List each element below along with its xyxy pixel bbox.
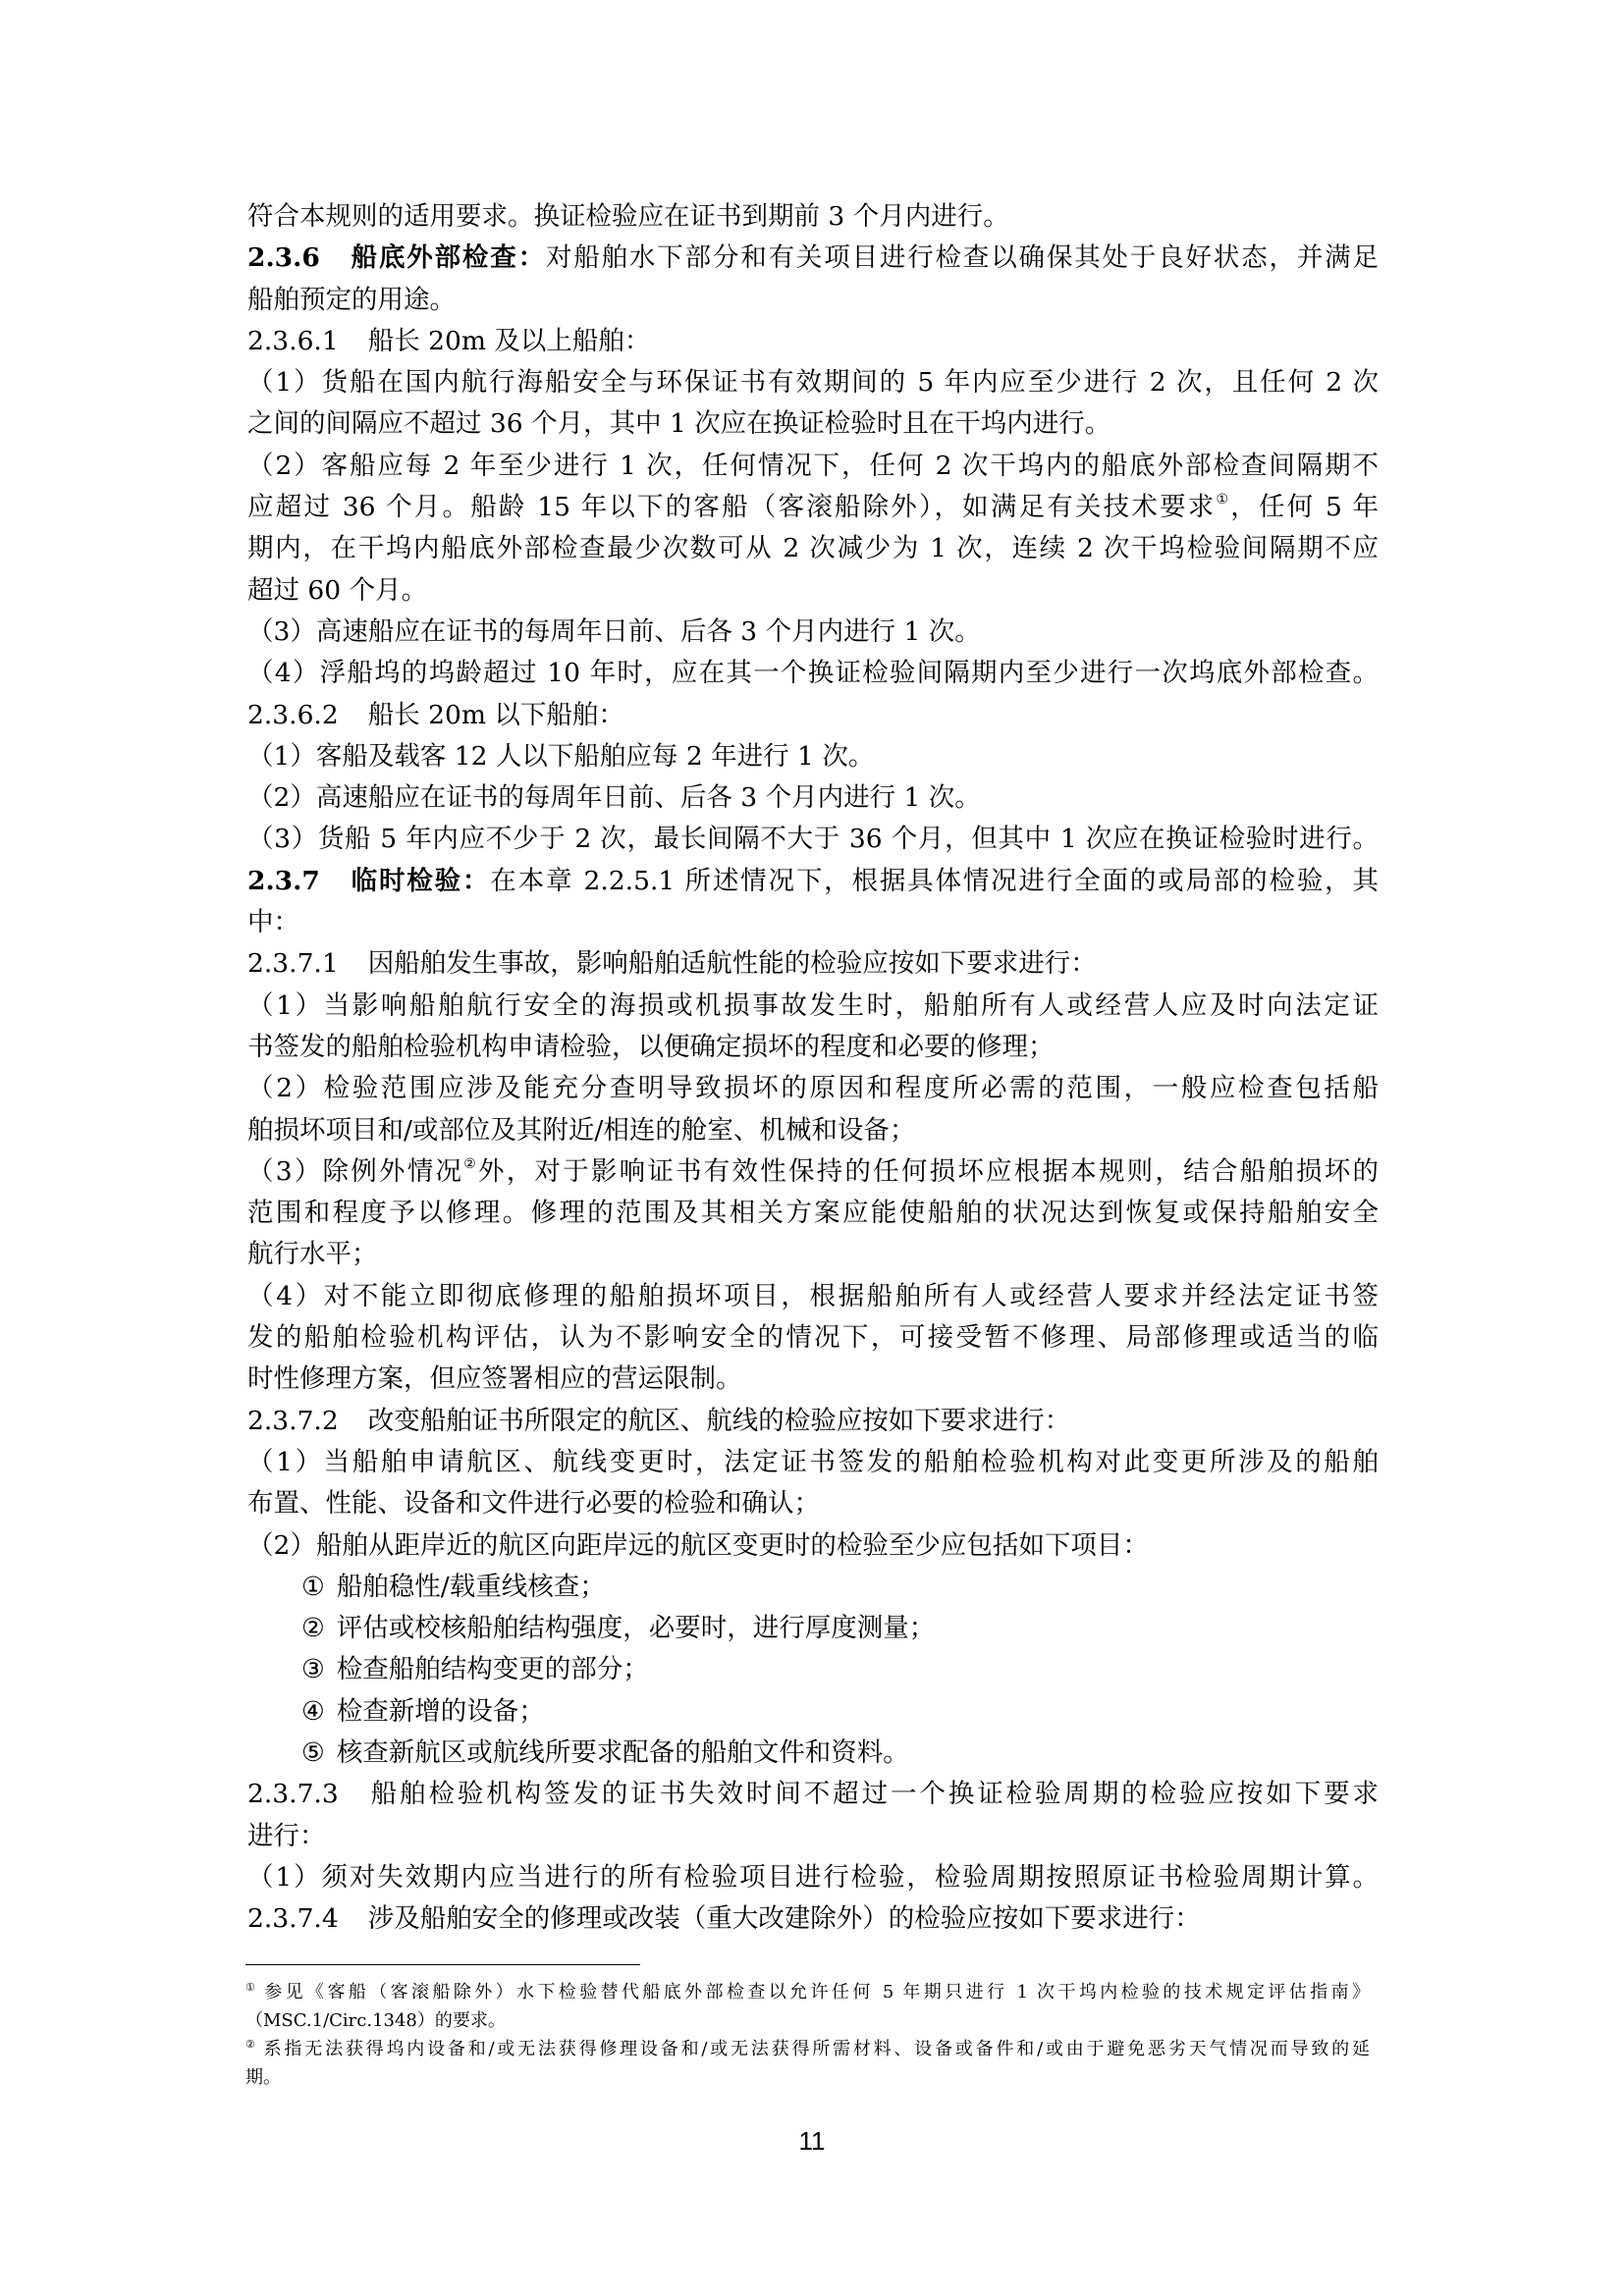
- line-text: （3）货船 5 年内应不少于 2 次，最长间隔不大于 36 个月，但其中 1 次…: [247, 824, 1379, 854]
- section-number: 2.3.7.2: [247, 1401, 339, 1442]
- line-text: （1）货船在国内航行海船安全与环保证书有效期间的 5 年内应至少进行 2 次，且…: [247, 367, 1379, 398]
- footnotes: ①参见《客船（客滚船除外）水下检验替代船底外部检查以允许任何 5 年期只进行 1…: [245, 1978, 1370, 2092]
- text-line: 航行水平；: [247, 1234, 1379, 1275]
- line-text: （2）客船应每 2 年至少进行 1 次，任何情况下，任何 2 次干坞内的船底外部…: [247, 451, 1379, 481]
- section-number: 2.3.7.3: [247, 1774, 339, 1815]
- line-text: （1）客船及载客 12 人以下船舶应每 2 年进行 1 次。: [247, 741, 874, 772]
- line-text: 外，对于影响证书有效性保持的任何损坏应根据本规则，结合船舶损坏的: [478, 1156, 1379, 1187]
- line-text: 船舶检验机构签发的证书失效时间不超过一个换证检验周期的检验应按如下要求: [368, 1779, 1379, 1809]
- section-line: 2.3.7.4涉及船舶安全的修理或改装（重大改建除外）的检验应按如下要求进行：: [247, 1898, 1379, 1940]
- text-line: 时性修理方案，但应签署相应的营运限制。: [247, 1359, 1379, 1400]
- footnote-ref[interactable]: ①: [1217, 492, 1231, 507]
- line-text: 超过 60 个月。: [247, 575, 427, 606]
- footnote-mark: ②: [245, 2038, 258, 2051]
- line-text: 期内，在干坞内船底外部检查最少次数可从 2 次减少为 1 次，连续 2 次干坞检…: [247, 533, 1379, 563]
- section-title: 临时检验：: [350, 866, 491, 896]
- section-title: 船底外部检查：: [350, 242, 546, 273]
- line-text: （1）须对失效期内应当进行的所有检验项目进行检验，检验周期按照原证书检验周期计算…: [247, 1862, 1379, 1893]
- line-text: 布置、性能、设备和文件进行必要的检验和确认；: [247, 1488, 820, 1519]
- line-text: 时性修理方案，但应签署相应的营运限制。: [247, 1363, 742, 1394]
- line-text: （1）当影响船舶航行安全的海损或机损事故发生时，船舶所有人或经营人应及时向法定证: [247, 990, 1379, 1021]
- text-line: （1）客船及载客 12 人以下船舶应每 2 年进行 1 次。: [247, 736, 1379, 777]
- footnote-mark: ①: [245, 1981, 258, 1994]
- text-line: 舶损坏项目和/或部位及其附近/相连的舱室、机械和设备；: [247, 1110, 1379, 1151]
- text-line: 发的船舶检验机构评估，认为不影响安全的情况下，可接受暂不修理、局部修理或适当的临: [247, 1317, 1379, 1359]
- footnote-line: ②系指无法获得坞内设备和/或无法获得修理设备和/或无法获得所需材料、设备或备件和…: [245, 2035, 1370, 2063]
- line-text: （2）高速船应在证书的每周年日前、后各 3 个月内进行 1 次。: [247, 782, 981, 813]
- text-line: 船舶预定的用途。: [247, 280, 1379, 321]
- text-line: 期内，在干坞内船底外部检查最少次数可从 2 次减少为 1 次，连续 2 次干坞检…: [247, 528, 1379, 569]
- line-text: （4）对不能立即彻底修理的船舶损坏项目，根据船舶所有人或经营人要求并经法定证书签: [247, 1281, 1379, 1311]
- footnote-separator: [245, 1964, 640, 1965]
- line-text: 船长 20m 以下船舶：: [368, 700, 624, 730]
- line-text: 涉及船舶安全的修理或改装（重大改建除外）的检验应按如下要求进行：: [368, 1903, 1201, 1934]
- page-number: 11: [0, 2126, 1624, 2157]
- section-number: 2.3.7: [247, 861, 320, 902]
- line-text: 船舶预定的用途。: [247, 285, 456, 315]
- circled-number: ①: [301, 1572, 325, 1602]
- text-line: （2）检验范围应涉及能充分查明导致损坏的原因和程度所必需的范围，一般应检查包括船: [247, 1068, 1379, 1109]
- text-line: （1）须对失效期内应当进行的所有检验项目进行检验，检验周期按照原证书检验周期计算…: [247, 1857, 1379, 1898]
- line-text: 评估或校核船舶结构强度，必要时，进行厚度测量；: [337, 1613, 936, 1643]
- text-line: （2）客船应每 2 年至少进行 1 次，任何情况下，任何 2 次干坞内的船底外部…: [247, 446, 1379, 487]
- line-text: 发的船舶检验机构评估，认为不影响安全的情况下，可接受暂不修理、局部修理或适当的临: [247, 1322, 1379, 1353]
- footnote-text: 期。: [245, 2067, 281, 2088]
- text-line: 之间的间隔应不超过 36 个月，其中 1 次应在换证检验时且在干坞内进行。: [247, 403, 1379, 445]
- footnote-line: 期。: [245, 2063, 1370, 2092]
- line-text: 应超过 36 个月。船龄 15 年以下的客船（客滚船除外），如满足有关技术要求: [247, 492, 1217, 522]
- text-line: （3）高速船应在证书的每周年日前、后各 3 个月内进行 1 次。: [247, 612, 1379, 653]
- document-body: 符合本规则的适用要求。换证检验应在证书到期前 3 个月内进行。2.3.6船底外部…: [247, 196, 1379, 1940]
- section-line: 2.3.6船底外部检查：对船舶水下部分和有关项目进行检查以确保其处于良好状态，并…: [247, 238, 1379, 279]
- section-line: 2.3.7.3船舶检验机构签发的证书失效时间不超过一个换证检验周期的检验应按如下…: [247, 1774, 1379, 1815]
- line-text: （4）浮船坞的坞龄超过 10 年时，应在其一个换证检验间隔期内至少进行一次坞底外…: [247, 658, 1379, 688]
- text-line: （2）高速船应在证书的每周年日前、后各 3 个月内进行 1 次。: [247, 777, 1379, 819]
- line-text: 范围和程度予以修理。修理的范围及其相关方案应能使船舶的状况达到恢复或保持船舶安全: [247, 1198, 1379, 1228]
- text-line: 进行：: [247, 1816, 1379, 1857]
- section-line: 2.3.6.1船长 20m 及以上船舶：: [247, 321, 1379, 362]
- list-item: ④检查新增的设备；: [247, 1691, 1379, 1733]
- footnote-line: ①参见《客船（客滚船除外）水下检验替代船底外部检查以允许任何 5 年期只进行 1…: [245, 1978, 1370, 2006]
- circled-number: ③: [301, 1654, 325, 1684]
- text-line: （1）当船舶申请航区、航线变更时，法定证书签发的船舶检验机构对此变更所涉及的船舶: [247, 1442, 1379, 1483]
- line-text: 之间的间隔应不超过 36 个月，其中 1 次应在换证检验时且在干坞内进行。: [247, 408, 1110, 439]
- footnote-text: （MSC.1/Circ.1348）的要求。: [245, 2010, 506, 2031]
- section-number: 2.3.6.1: [247, 321, 339, 362]
- line-text: （2）船舶从距岸近的航区向距岸远的航区变更时的检验至少应包括如下项目：: [247, 1530, 1149, 1561]
- text-line: 书签发的船舶检验机构申请检验，以便确定损坏的程度和必要的修理；: [247, 1027, 1379, 1068]
- line-text: 在本章 2.2.5.1 所述情况下，根据具体情况进行全面的或局部的检验，其: [490, 866, 1379, 896]
- line-text: 核查新航区或航线所要求配备的船舶文件和资料。: [337, 1737, 909, 1768]
- line-text: 因船舶发生事故，影响船舶适航性能的检验应按如下要求进行：: [368, 948, 1097, 979]
- text-line: 布置、性能、设备和文件进行必要的检验和确认；: [247, 1483, 1379, 1524]
- text-line: （3）除例外情况②外，对于影响证书有效性保持的任何损坏应根据本规则，结合船舶损坏…: [247, 1151, 1379, 1193]
- list-item: ①船舶稳性/载重线核查；: [247, 1567, 1379, 1608]
- section-line: 2.3.7临时检验：在本章 2.2.5.1 所述情况下，根据具体情况进行全面的或…: [247, 861, 1379, 902]
- line-text: （3）高速船应在证书的每周年日前、后各 3 个月内进行 1 次。: [247, 616, 981, 647]
- footnote-text: 系指无法获得坞内设备和/或无法获得修理设备和/或无法获得所需材料、设备或备件和/…: [264, 2039, 1370, 2059]
- line-text: 航行水平；: [247, 1239, 378, 1269]
- line-text: 对船舶水下部分和有关项目进行检查以确保其处于良好状态，并满足: [546, 242, 1379, 273]
- text-line: 应超过 36 个月。船龄 15 年以下的客船（客滚船除外），如满足有关技术要求①…: [247, 487, 1379, 528]
- circled-number: ⑤: [301, 1737, 325, 1768]
- line-text: 进行：: [247, 1821, 326, 1851]
- line-text: 改变船舶证书所限定的航区、航线的检验应按如下要求进行：: [368, 1406, 1071, 1436]
- line-text: （2）检验范围应涉及能充分查明导致损坏的原因和程度所必需的范围，一般应检查包括船: [247, 1073, 1379, 1103]
- section-number: 2.3.7.1: [247, 943, 339, 985]
- circled-number: ②: [301, 1613, 325, 1643]
- section-number: 2.3.6: [247, 238, 320, 279]
- section-line: 2.3.6.2船长 20m 以下船舶：: [247, 695, 1379, 736]
- text-line: 超过 60 个月。: [247, 570, 1379, 612]
- text-line: （1）货船在国内航行海船安全与环保证书有效期间的 5 年内应至少进行 2 次，且…: [247, 362, 1379, 403]
- line-text: ，任何 5 年: [1230, 492, 1379, 522]
- text-line: （3）货船 5 年内应不少于 2 次，最长间隔不大于 36 个月，但其中 1 次…: [247, 819, 1379, 860]
- text-line: 中：: [247, 902, 1379, 943]
- list-item: ⑤核查新航区或航线所要求配备的船舶文件和资料。: [247, 1733, 1379, 1774]
- line-text: 检查船舶结构变更的部分；: [337, 1654, 649, 1684]
- line-text: 舶损坏项目和/或部位及其附近/相连的舱室、机械和设备；: [247, 1115, 915, 1146]
- line-text: 中：: [247, 907, 299, 937]
- line-text: 符合本规则的适用要求。换证检验应在证书到期前 3 个月内进行。: [247, 201, 1009, 232]
- footnote-ref[interactable]: ②: [463, 1156, 478, 1172]
- text-line: （2）船舶从距岸近的航区向距岸远的航区变更时的检验至少应包括如下项目：: [247, 1525, 1379, 1567]
- text-line: 符合本规则的适用要求。换证检验应在证书到期前 3 个月内进行。: [247, 196, 1379, 238]
- footnote-text: 参见《客船（客滚船除外）水下检验替代船底外部检查以允许任何 5 年期只进行 1 …: [264, 1982, 1370, 2002]
- circled-number: ④: [301, 1696, 325, 1727]
- footnote-line: （MSC.1/Circ.1348）的要求。: [245, 2006, 1370, 2035]
- text-line: （1）当影响船舶航行安全的海损或机损事故发生时，船舶所有人或经营人应及时向法定证: [247, 986, 1379, 1027]
- line-text: 检查新增的设备；: [337, 1696, 545, 1727]
- line-text: 船长 20m 及以上船舶：: [368, 326, 651, 356]
- list-item: ③检查船舶结构变更的部分；: [247, 1649, 1379, 1690]
- section-number: 2.3.7.4: [247, 1898, 339, 1940]
- text-line: 范围和程度予以修理。修理的范围及其相关方案应能使船舶的状况达到恢复或保持船舶安全: [247, 1193, 1379, 1234]
- section-line: 2.3.7.2改变船舶证书所限定的航区、航线的检验应按如下要求进行：: [247, 1401, 1379, 1442]
- section-line: 2.3.7.1因船舶发生事故，影响船舶适航性能的检验应按如下要求进行：: [247, 943, 1379, 985]
- line-text: 书签发的船舶检验机构申请检验，以便确定损坏的程度和必要的修理；: [247, 1032, 1055, 1062]
- section-number: 2.3.6.2: [247, 695, 339, 736]
- text-line: （4）浮船坞的坞龄超过 10 年时，应在其一个换证检验间隔期内至少进行一次坞底外…: [247, 653, 1379, 694]
- line-text: 船舶稳性/载重线核查；: [337, 1572, 606, 1602]
- line-text: （1）当船舶申请航区、航线变更时，法定证书签发的船舶检验机构对此变更所涉及的船舶: [247, 1447, 1379, 1477]
- line-text: （3）除例外情况: [247, 1156, 463, 1187]
- list-item: ②评估或校核船舶结构强度，必要时，进行厚度测量；: [247, 1608, 1379, 1649]
- text-line: （4）对不能立即彻底修理的船舶损坏项目，根据船舶所有人或经营人要求并经法定证书签: [247, 1276, 1379, 1317]
